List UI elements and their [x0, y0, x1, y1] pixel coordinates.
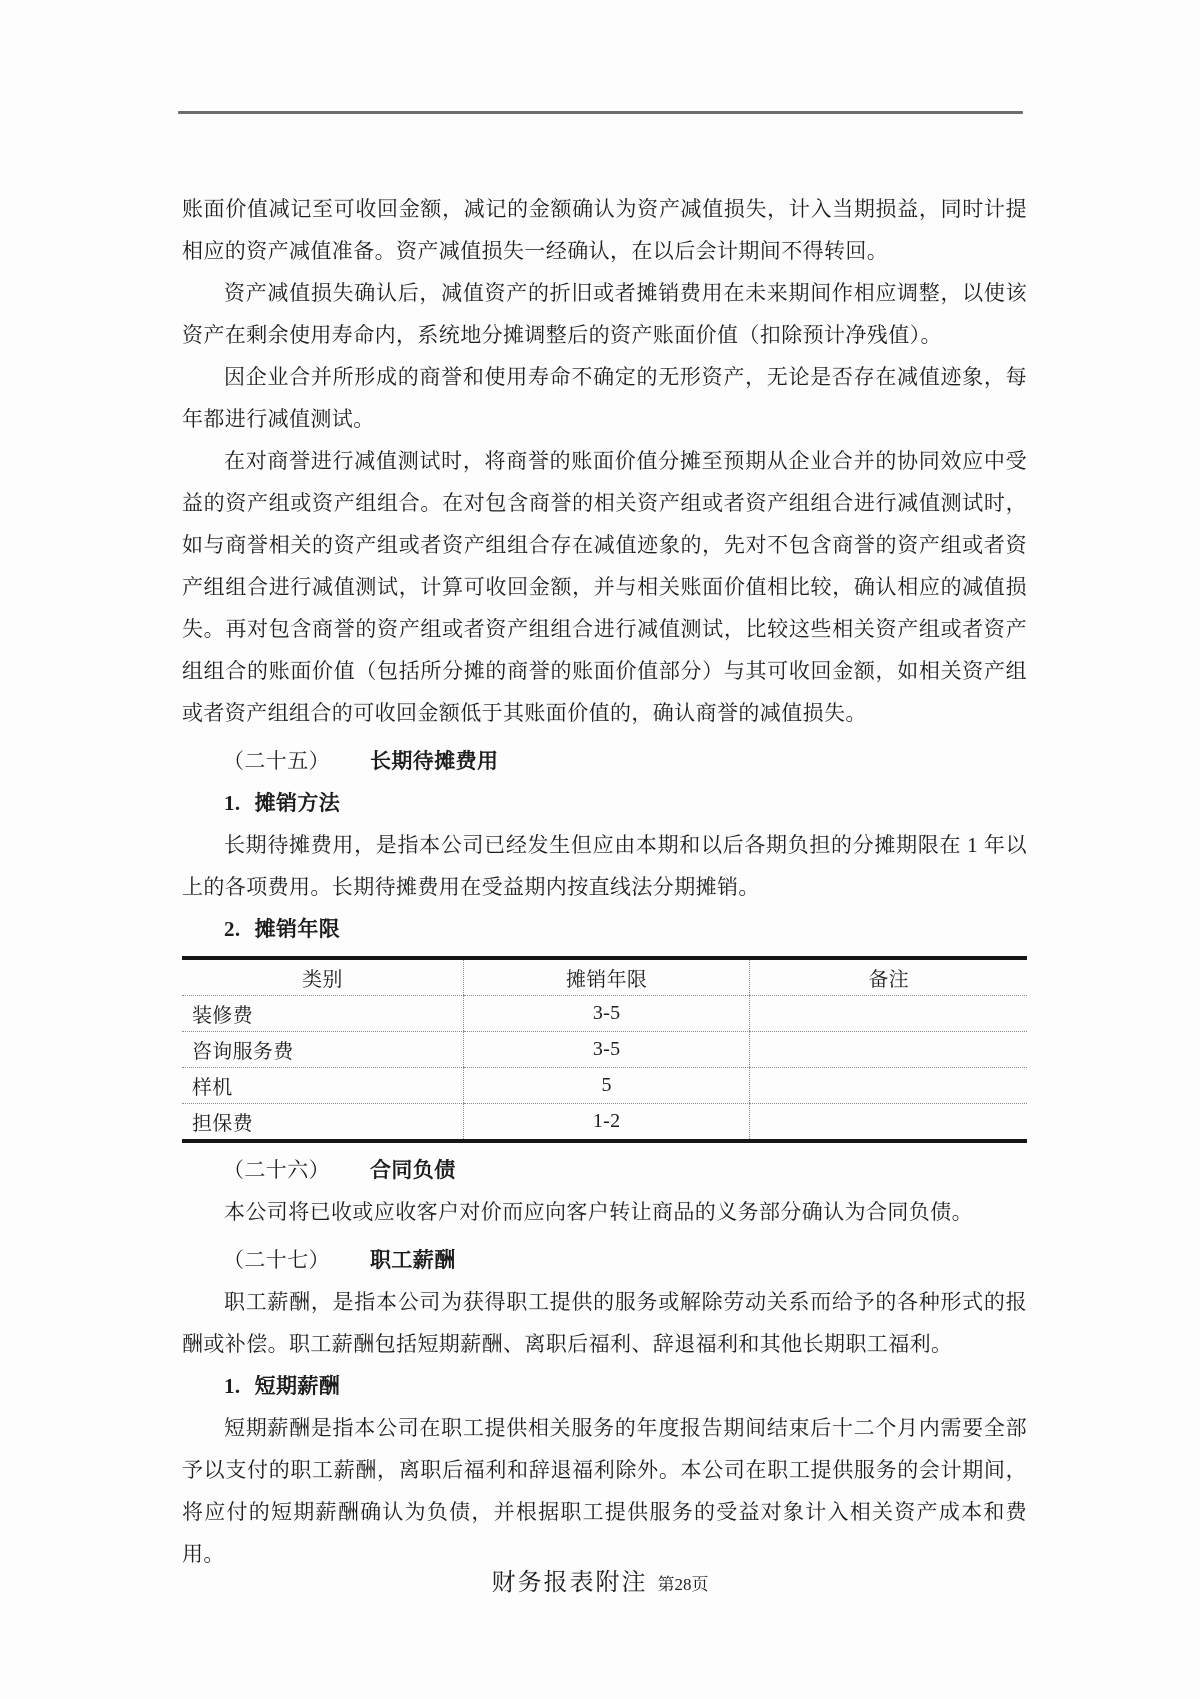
document-body: 账面价值减记至可收回金额，减记的金额确认为资产减值损失，计入当期损益，同时计提相… [182, 188, 1027, 1575]
cell-years: 5 [463, 1068, 749, 1104]
section-27-sub-1-title: 短期薪酬 [255, 1374, 341, 1398]
cell-category: 装修费 [182, 996, 463, 1032]
cell-note [750, 1032, 1027, 1068]
paragraph-goodwill-test-detail: 在对商誉进行减值测试时，将商誉的账面价值分摊至预期从企业合并的协同效应中受益的资… [182, 440, 1027, 734]
section-25-sub-2-number: 2. [224, 917, 241, 941]
section-27-number: （二十七） [223, 1248, 330, 1272]
cell-category: 样机 [182, 1068, 463, 1104]
section-27-sub-1-number: 1. [224, 1374, 241, 1398]
paragraph-contract-liability: 本公司将已收或应收客户对价而应向客户转让商品的义务部分确认为合同负债。 [182, 1191, 1027, 1233]
column-header-note: 备注 [750, 958, 1027, 996]
cell-category: 担保费 [182, 1104, 463, 1142]
cell-years: 3-5 [463, 1032, 749, 1068]
section-25-sub-1-title: 摊销方法 [255, 791, 341, 815]
column-header-years: 摊销年限 [463, 958, 749, 996]
cell-note [750, 1104, 1027, 1142]
page-footer: 财务报表附注第28页 [0, 1562, 1200, 1607]
table-row-consulting-fee: 咨询服务费 3-5 [182, 1032, 1027, 1068]
header-rule [178, 111, 1023, 114]
section-26-heading: （二十六）合同负债 [182, 1149, 1027, 1191]
cell-note [750, 996, 1027, 1032]
footer-page-number: 第28页 [658, 1575, 709, 1594]
section-25-number: （二十五） [223, 749, 330, 773]
section-27-sub-1-heading: 1.短期薪酬 [182, 1365, 1027, 1407]
section-25-sub-1-heading: 1.摊销方法 [182, 782, 1027, 824]
section-27-title: 职工薪酬 [370, 1248, 456, 1272]
table-row-prototype: 样机 5 [182, 1068, 1027, 1104]
section-25-title: 长期待摊费用 [370, 749, 498, 773]
column-header-category: 类别 [182, 958, 463, 996]
table-row-guarantee-fee: 担保费 1-2 [182, 1104, 1027, 1142]
paragraph-short-term-compensation: 短期薪酬是指本公司在职工提供相关服务的年度报告期间结束后十二个月内需要全部予以支… [182, 1407, 1027, 1575]
cell-years: 1-2 [463, 1104, 749, 1142]
amortization-period-table: 类别 摊销年限 备注 装修费 3-5 咨询服务费 3-5 样机 [182, 956, 1027, 1143]
paragraph-employee-compensation-definition: 职工薪酬，是指本公司为获得职工提供的服务或解除劳动关系而给予的各种形式的报酬或补… [182, 1281, 1027, 1365]
paragraph-goodwill-annual-test: 因企业合并所形成的商誉和使用寿命不确定的无形资产，无论是否存在减值迹象，每年都进… [182, 356, 1027, 440]
section-25-sub-1-number: 1. [224, 791, 241, 815]
table-row-decoration-fee: 装修费 3-5 [182, 996, 1027, 1032]
footer-title: 财务报表附注 [492, 1570, 648, 1596]
section-26-number: （二十六） [223, 1158, 330, 1182]
section-26-title: 合同负债 [370, 1158, 456, 1182]
section-25-sub-2-heading: 2.摊销年限 [182, 908, 1027, 950]
section-27-heading: （二十七）职工薪酬 [182, 1239, 1027, 1281]
table-header-row: 类别 摊销年限 备注 [182, 958, 1027, 996]
paragraph-deferred-expense-definition: 长期待摊费用，是指本公司已经发生但应由本期和以后各期负担的分摊期限在 1 年以上… [182, 824, 1027, 908]
paragraph-impairment-adjustment: 资产减值损失确认后，减值资产的折旧或者摊销费用在未来期间作相应调整，以使该资产在… [182, 272, 1027, 356]
document-page: 账面价值减记至可收回金额，减记的金额确认为资产减值损失，计入当期损益，同时计提相… [0, 0, 1200, 1699]
section-25-heading: （二十五）长期待摊费用 [182, 740, 1027, 782]
paragraph-impairment-carryover: 账面价值减记至可收回金额，减记的金额确认为资产减值损失，计入当期损益，同时计提相… [182, 188, 1027, 272]
cell-category: 咨询服务费 [182, 1032, 463, 1068]
section-25-sub-2-title: 摊销年限 [255, 917, 341, 941]
cell-years: 3-5 [463, 996, 749, 1032]
cell-note [750, 1068, 1027, 1104]
